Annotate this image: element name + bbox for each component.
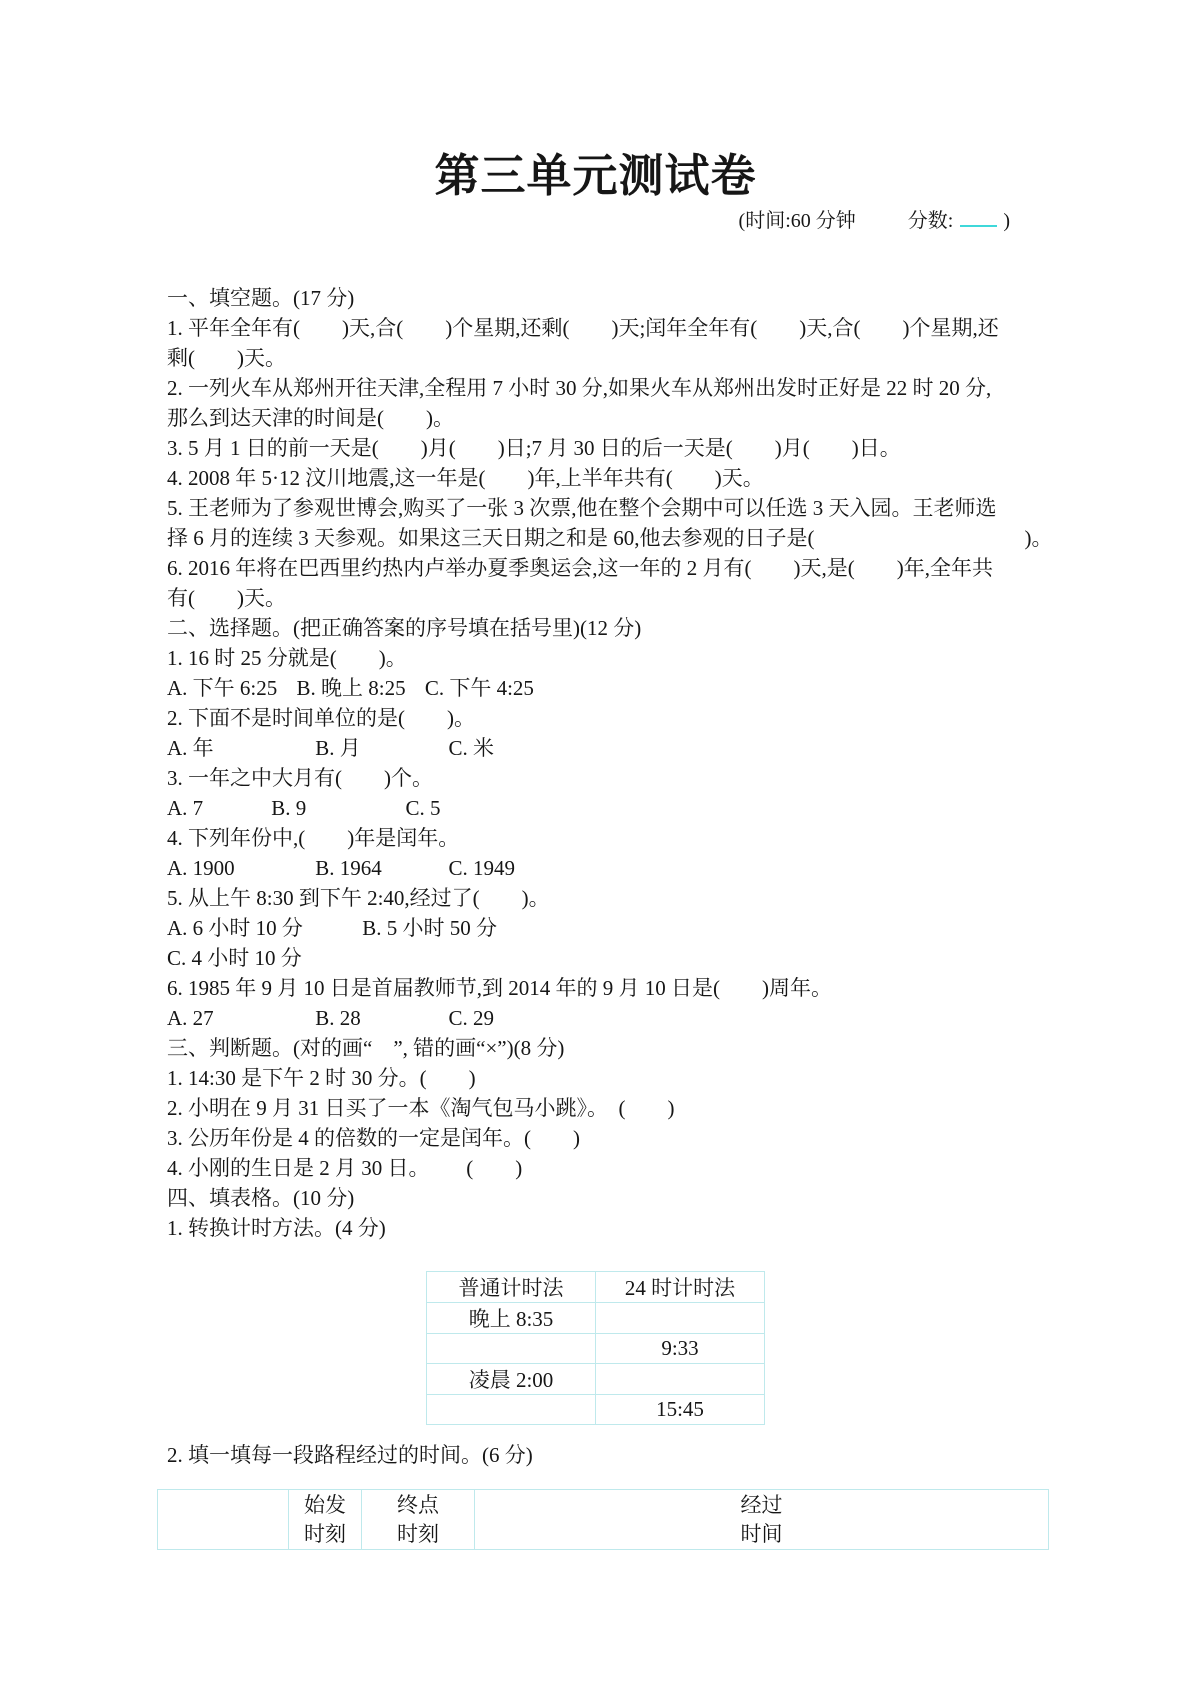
fill-q2-line2: 那么到达天津的时间是( )。 (167, 403, 1191, 433)
fill-q2-line1: 2. 一列火车从郑州开往天津,全程用 7 小时 30 分,如果火车从郑州出发时正… (167, 373, 1191, 403)
score-label: 分数: (908, 210, 954, 232)
multiple-choice-section: 二、选择题。(把正确答案的序号填在括号里)(12 分) 1. 16 时 25 分… (167, 613, 1191, 1033)
section-1-heading: 一、填空题。(17 分) (167, 283, 1191, 313)
option-b: B. 1964 (315, 853, 443, 883)
fill-q3: 3. 5 月 1 日的前一天是( )月( )日;7 月 30 日的后一天是( )… (167, 433, 1191, 463)
cell-24h-time: 9:33 (596, 1334, 765, 1364)
choice-q5: 5. 从上午 8:30 到下午 2:40,经过了( )。 (167, 883, 1191, 913)
choice-q6-options: A. 27 B. 28 C. 29 (167, 1003, 1191, 1033)
table-row: 9:33 (427, 1334, 765, 1364)
cell-24h-time: 15:45 (596, 1395, 765, 1425)
cell-normal-time: 晚上 8:35 (427, 1303, 596, 1334)
option-c: C. 5 (406, 793, 441, 823)
header-cell-elapsed-time: 经过 时间 (475, 1490, 1049, 1550)
fill-q5-line1: 5. 王老师为了参观世博会,购买了一张 3 次票,他在整个会期中可以任选 3 天… (167, 493, 1191, 523)
header-cell-start-time: 始发 时刻 (289, 1490, 362, 1550)
cell-answer-blank (427, 1395, 596, 1425)
table-task-2-label: 2. 填一填每一段路程经过的时间。(6 分) (167, 1440, 1191, 1470)
choice-q6: 6. 1985 年 9 月 10 日是首届教师节,到 2014 年的 9 月 1… (167, 973, 1191, 1003)
page-title: 第三单元测试卷 (0, 0, 1191, 206)
option-a: A. 1900 (167, 853, 310, 883)
choice-q5-options-line1: A. 6 小时 10 分 B. 5 小时 50 分 (167, 913, 1191, 943)
choice-q3: 3. 一年之中大月有( )个。 (167, 763, 1191, 793)
option-a: A. 下午 6:25 (167, 673, 277, 703)
fill-q6-line2: 有( )天。 (167, 583, 1191, 613)
score-blank-underline (960, 223, 997, 227)
table-row: 15:45 (427, 1395, 765, 1425)
choice-q5-options-line2: C. 4 小时 10 分 (167, 943, 1191, 973)
section-2-heading: 二、选择题。(把正确答案的序号填在括号里)(12 分) (167, 613, 1191, 643)
option-a: A. 7 (167, 793, 266, 823)
choice-q1-options: A. 下午 6:25 B. 晚上 8:25 C. 下午 4:25 (167, 673, 1191, 703)
choice-q2-options: A. 年 B. 月 C. 米 (167, 733, 1191, 763)
fill-q1-line2: 剩( )天。 (167, 343, 1191, 373)
judge-q4: 4. 小刚的生日是 2 月 30 日。 ( ) (167, 1153, 1191, 1183)
table-row: 晚上 8:35 (427, 1303, 765, 1334)
option-c: C. 下午 4:25 (425, 673, 534, 703)
option-c: C. 4 小时 10 分 (167, 943, 302, 973)
choice-q1: 1. 16 时 25 分就是( )。 (167, 643, 1191, 673)
option-b: B. 月 (315, 733, 443, 763)
option-b: B. 9 (271, 793, 400, 823)
cell-answer-blank (596, 1364, 765, 1395)
option-a: A. 6 小时 10 分 (167, 913, 357, 943)
fill-table-section: 四、填表格。(10 分) 1. 转换计时方法。(4 分) 普通计时法 24 时计… (167, 1183, 1191, 1550)
option-a: A. 27 (167, 1003, 310, 1033)
option-c: C. 1949 (449, 853, 516, 883)
fill-in-section: 一、填空题。(17 分) 1. 平年全年有( )天,合( )个星期,还剩( )天… (167, 283, 1191, 613)
exam-meta: (时间:60 分钟 分数: ) (0, 206, 1191, 236)
table-row: 普通计时法 24 时计时法 (427, 1272, 765, 1303)
choice-q2: 2. 下面不是时间单位的是( )。 (167, 703, 1191, 733)
true-false-section: 三、判断题。(对的画“ ”, 错的画“×”)(8 分) 1. 14:30 是下午… (167, 1033, 1191, 1183)
table-row: 凌晨 2:00 (427, 1364, 765, 1395)
option-c: C. 29 (449, 1003, 495, 1033)
choice-q3-options: A. 7 B. 9 C. 5 (167, 793, 1191, 823)
fill-q1-line1: 1. 平年全年有( )天,合( )个星期,还剩( )天;闰年全年有( )天,合(… (167, 313, 1191, 343)
table-task-1-label: 1. 转换计时方法。(4 分) (167, 1213, 1191, 1243)
section-3-heading: 三、判断题。(对的画“ ”, 错的画“×”)(8 分) (167, 1033, 1191, 1063)
meta-close-paren: ) (1003, 210, 1010, 232)
exam-paper-page: 第三单元测试卷 (时间:60 分钟 分数: ) 一、填空题。(17 分) 1. … (0, 0, 1191, 1684)
judge-q3: 3. 公历年份是 4 的倍数的一定是闰年。( ) (167, 1123, 1191, 1153)
option-c: C. 米 (449, 733, 495, 763)
choice-q4: 4. 下列年份中,( )年是闰年。 (167, 823, 1191, 853)
header-cell-24h-timing: 24 时计时法 (596, 1272, 765, 1303)
section-4-heading: 四、填表格。(10 分) (167, 1183, 1191, 1213)
header-cell-blank (158, 1490, 289, 1550)
elapsed-time-table: 始发 时刻 终点 时刻 经过 时间 (157, 1489, 1049, 1550)
header-cell-end-time: 终点 时刻 (362, 1490, 475, 1550)
option-b: B. 晚上 8:25 (297, 673, 406, 703)
time-limit-label: (时间:60 分钟 (739, 210, 856, 232)
table-row: 始发 时刻 终点 时刻 经过 时间 (158, 1490, 1049, 1550)
option-b: B. 28 (315, 1003, 443, 1033)
fill-q4: 4. 2008 年 5·12 汶川地震,这一年是( )年,上半年共有( )天。 (167, 463, 1191, 493)
cell-normal-time: 凌晨 2:00 (427, 1364, 596, 1395)
fill-q6-line1: 6. 2016 年将在巴西里约热内卢举办夏季奥运会,这一年的 2 月有( )天,… (167, 553, 1191, 583)
exam-body: 一、填空题。(17 分) 1. 平年全年有( )天,合( )个星期,还剩( )天… (0, 283, 1191, 1550)
judge-q2: 2. 小明在 9 月 31 日买了一本《淘气包马小跳》。 ( ) (167, 1093, 1191, 1123)
option-b: B. 5 小时 50 分 (362, 913, 497, 943)
timing-conversion-table: 普通计时法 24 时计时法 晚上 8:35 9:33 凌晨 2:00 (426, 1271, 765, 1425)
cell-answer-blank (427, 1334, 596, 1364)
cell-answer-blank (596, 1303, 765, 1334)
header-cell-normal-timing: 普通计时法 (427, 1272, 596, 1303)
option-a: A. 年 (167, 733, 310, 763)
fill-q5-line2: 择 6 月的连续 3 天参观。如果这三天日期之和是 60,他去参观的日子是( )… (167, 523, 1191, 553)
choice-q4-options: A. 1900 B. 1964 C. 1949 (167, 853, 1191, 883)
judge-q1: 1. 14:30 是下午 2 时 30 分。( ) (167, 1063, 1191, 1093)
